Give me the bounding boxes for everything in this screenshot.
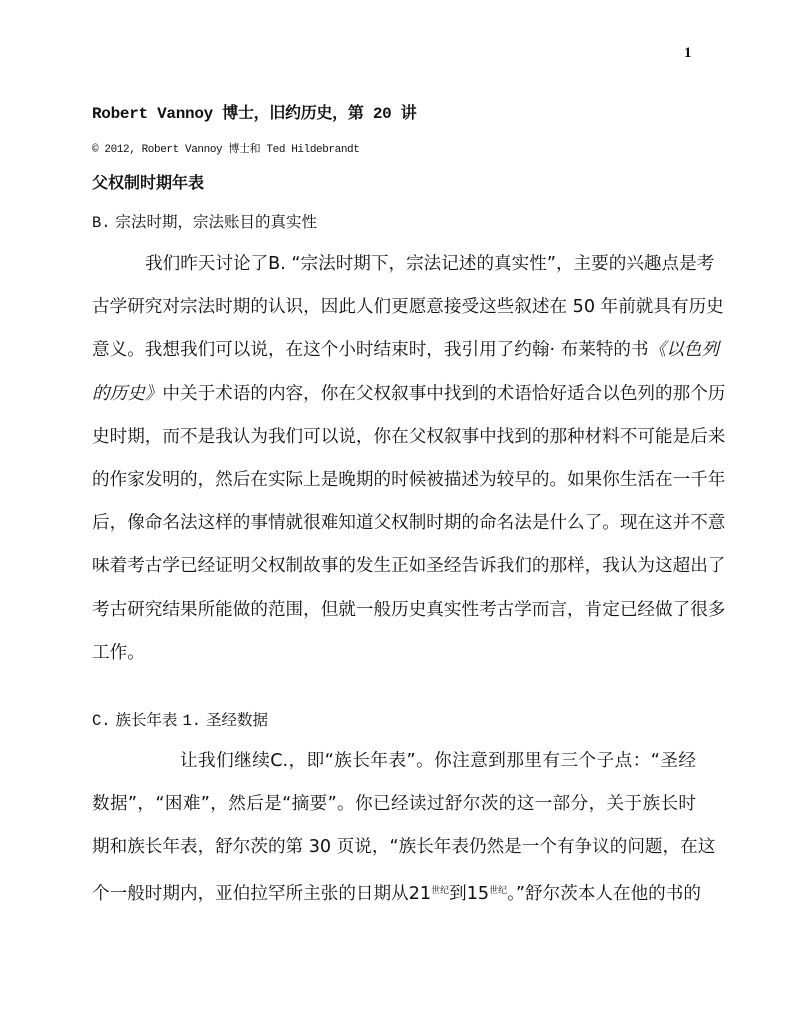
paragraph-line: 意义。我想我们可以说，在这个小时结束时，我引用了约翰· 布莱特的书《以色列 xyxy=(92,329,696,372)
paragraph-line: 让我们继续C.，即“族长年表”。你注意到那里有三个子点：“圣经 xyxy=(92,740,696,783)
paragraph-1: 我们昨天讨论了B. “宗法时期下，宗法记述的真实性”，主要的兴趣点是考 古学研究… xyxy=(92,243,696,675)
page-number: 1 xyxy=(684,45,692,62)
section-b-label: B. xyxy=(92,214,111,232)
paragraph-line: 史时期，而不是我认为我们可以说，你在父权叙事中找到的那种材料不可能是后来 xyxy=(92,416,696,459)
paragraph-line: 数据”，“困难”，然后是“摘要”。你已经读过舒尔茨的这一部分，关于族长时 xyxy=(92,783,696,826)
paragraph-2: 让我们继续C.，即“族长年表”。你注意到那里有三个子点：“圣经 数据”，“困难”… xyxy=(92,740,696,913)
paragraph-line: 后，像命名法这样的事情就很难知道父权制时期的命名法是什么了。现在这并不意 xyxy=(92,502,696,545)
paragraph-line: 工作。 xyxy=(92,632,696,675)
line-text: 。”舒尔茨本人在他的书的 xyxy=(507,884,701,904)
paragraph-line: 的历史》中关于术语的内容，你在父权叙事中找到的术语恰好适合以色列的那个历 xyxy=(92,373,696,416)
section-c-sub-title: 圣经数据 xyxy=(206,711,268,729)
paragraph-line: 古学研究对宗法时期的认识，因此人们更愿意接受这些叙述在 50 年前就具有历史 xyxy=(92,286,696,329)
section-b-title: 宗法时期，宗法账目的真实性 xyxy=(116,213,318,231)
paragraph-line: 味着考古学已经证明父权制故事的发生正如圣经告诉我们的那样，我认为这超出了 xyxy=(92,545,696,588)
book-title-italic: 的历史》 xyxy=(92,384,162,404)
section-c-heading: C. 族长年表 1. 圣经数据 xyxy=(92,708,268,730)
paragraph-line: 考古研究结果所能做的范围，但就一般历史真实性考古学而言，肯定已经做了很多 xyxy=(92,589,696,632)
lecture-title: Robert Vannoy 博士，旧约历史，第 20 讲 xyxy=(92,100,416,123)
section-c-label: C. xyxy=(92,712,111,730)
superscript-century: 世纪 xyxy=(489,886,507,896)
line-text: 个一般时期内，亚伯拉罕所主张的日期从21 xyxy=(92,884,431,904)
copyright-notice: © 2012, Robert Vannoy 博士和 Ted Hildebrand… xyxy=(92,140,359,156)
paragraph-line: 期和族长年表，舒尔茨的第 30 页说，“族长年表仍然是一个有争议的问题，在这 xyxy=(92,826,696,869)
section-c-title: 族长年表 xyxy=(116,711,178,729)
paragraph-line: 我们昨天讨论了B. “宗法时期下，宗法记述的真实性”，主要的兴趣点是考 xyxy=(92,243,696,286)
paragraph-line: 的作家发明的，然后在实际上是晚期的时候被描述为较早的。如果你生活在一千年 xyxy=(92,459,696,502)
line-text: 意义。我想我们可以说，在这个小时结束时，我引用了约翰· 布莱特的书 xyxy=(92,340,649,360)
paragraph-line: 个一般时期内，亚伯拉罕所主张的日期从21世纪到15世纪。”舒尔茨本人在他的书的 xyxy=(92,870,696,913)
superscript-century: 世纪 xyxy=(431,886,449,896)
document-page: 1 Robert Vannoy 博士，旧约历史，第 20 讲 © 2012, R… xyxy=(0,0,791,1024)
section-b-heading: B. 宗法时期，宗法账目的真实性 xyxy=(92,210,317,232)
line-text: 中关于术语的内容，你在父权叙事中找到的术语恰好适合以色列的那个历 xyxy=(162,384,725,404)
book-title-italic: 《以色列 xyxy=(649,340,719,360)
section-heading: 父权制时期年表 xyxy=(92,170,204,193)
line-text: 到15 xyxy=(449,884,489,904)
section-c-sub-number: 1. xyxy=(183,712,202,730)
